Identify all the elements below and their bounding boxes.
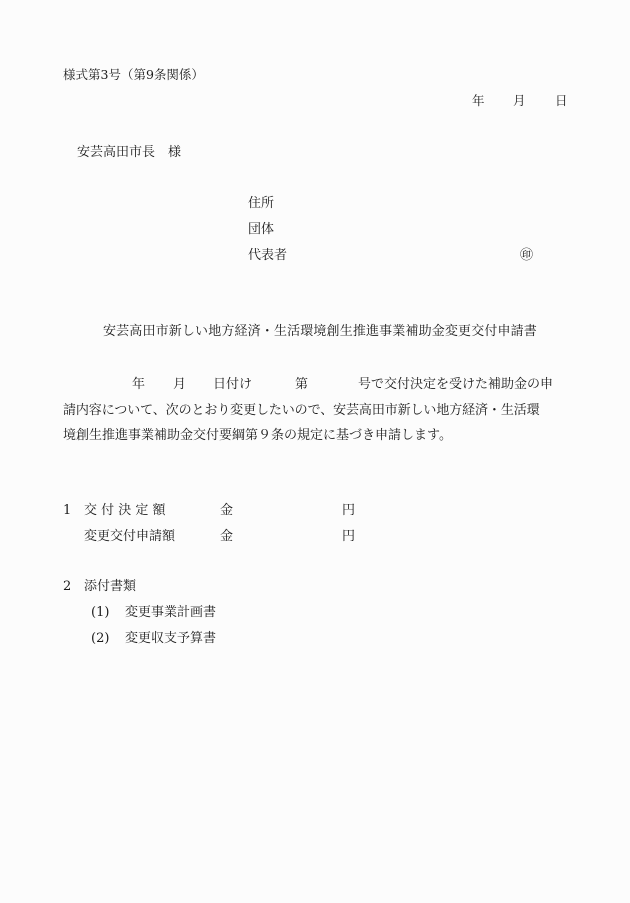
- representative-label: 代表者: [248, 248, 287, 264]
- organization-label: 団体: [248, 222, 274, 238]
- attachment-1-number: (1): [91, 605, 109, 621]
- form-number: 様式第3号（第9条関係）: [63, 67, 204, 83]
- recipient: 安芸高田市長 様: [77, 145, 181, 161]
- change-request-amount-prefix: 金: [220, 529, 233, 545]
- body-line1-rest: 号で交付決定を受けた補助金の申: [358, 377, 553, 393]
- item-1-number: 1: [63, 503, 71, 519]
- attachment-2-label: 変更収支予算書: [125, 631, 216, 647]
- grant-decision-amount-unit: 円: [342, 503, 355, 519]
- body-day-label: 日付け: [213, 377, 252, 393]
- document-title: 安芸高田市新しい地方経済・生活環境創生推進事業補助金変更交付申請書: [103, 324, 537, 340]
- attachment-1-label: 変更事業計画書: [125, 605, 216, 621]
- body-year-label: 年: [132, 377, 145, 393]
- grant-decision-amount-prefix: 金: [220, 503, 233, 519]
- body-line3: 境創生推進事業補助金交付要綱第９条の規定に基づき申請します。: [63, 428, 452, 444]
- address-label: 住所: [248, 196, 274, 212]
- body-number-prefix: 第: [295, 377, 308, 393]
- change-request-amount-label: 変更交付申請額: [84, 529, 175, 545]
- date-month-label: 月: [513, 93, 526, 109]
- body-month-label: 月: [173, 377, 186, 393]
- item-2-number: 2: [63, 579, 71, 595]
- date-year-label: 年: [472, 93, 485, 109]
- date-day-label: 日: [555, 93, 568, 109]
- attachments-heading: 添付書類: [84, 579, 136, 595]
- body-line2: 請内容について、次のとおり変更したいので、安芸高田市新しい地方経済・生活環: [63, 403, 540, 419]
- attachment-2-number: (2): [91, 631, 109, 647]
- seal-icon: ㊞: [520, 248, 533, 264]
- change-request-amount-unit: 円: [342, 529, 355, 545]
- grant-decision-amount-label: 交 付 決 定 額: [84, 503, 166, 519]
